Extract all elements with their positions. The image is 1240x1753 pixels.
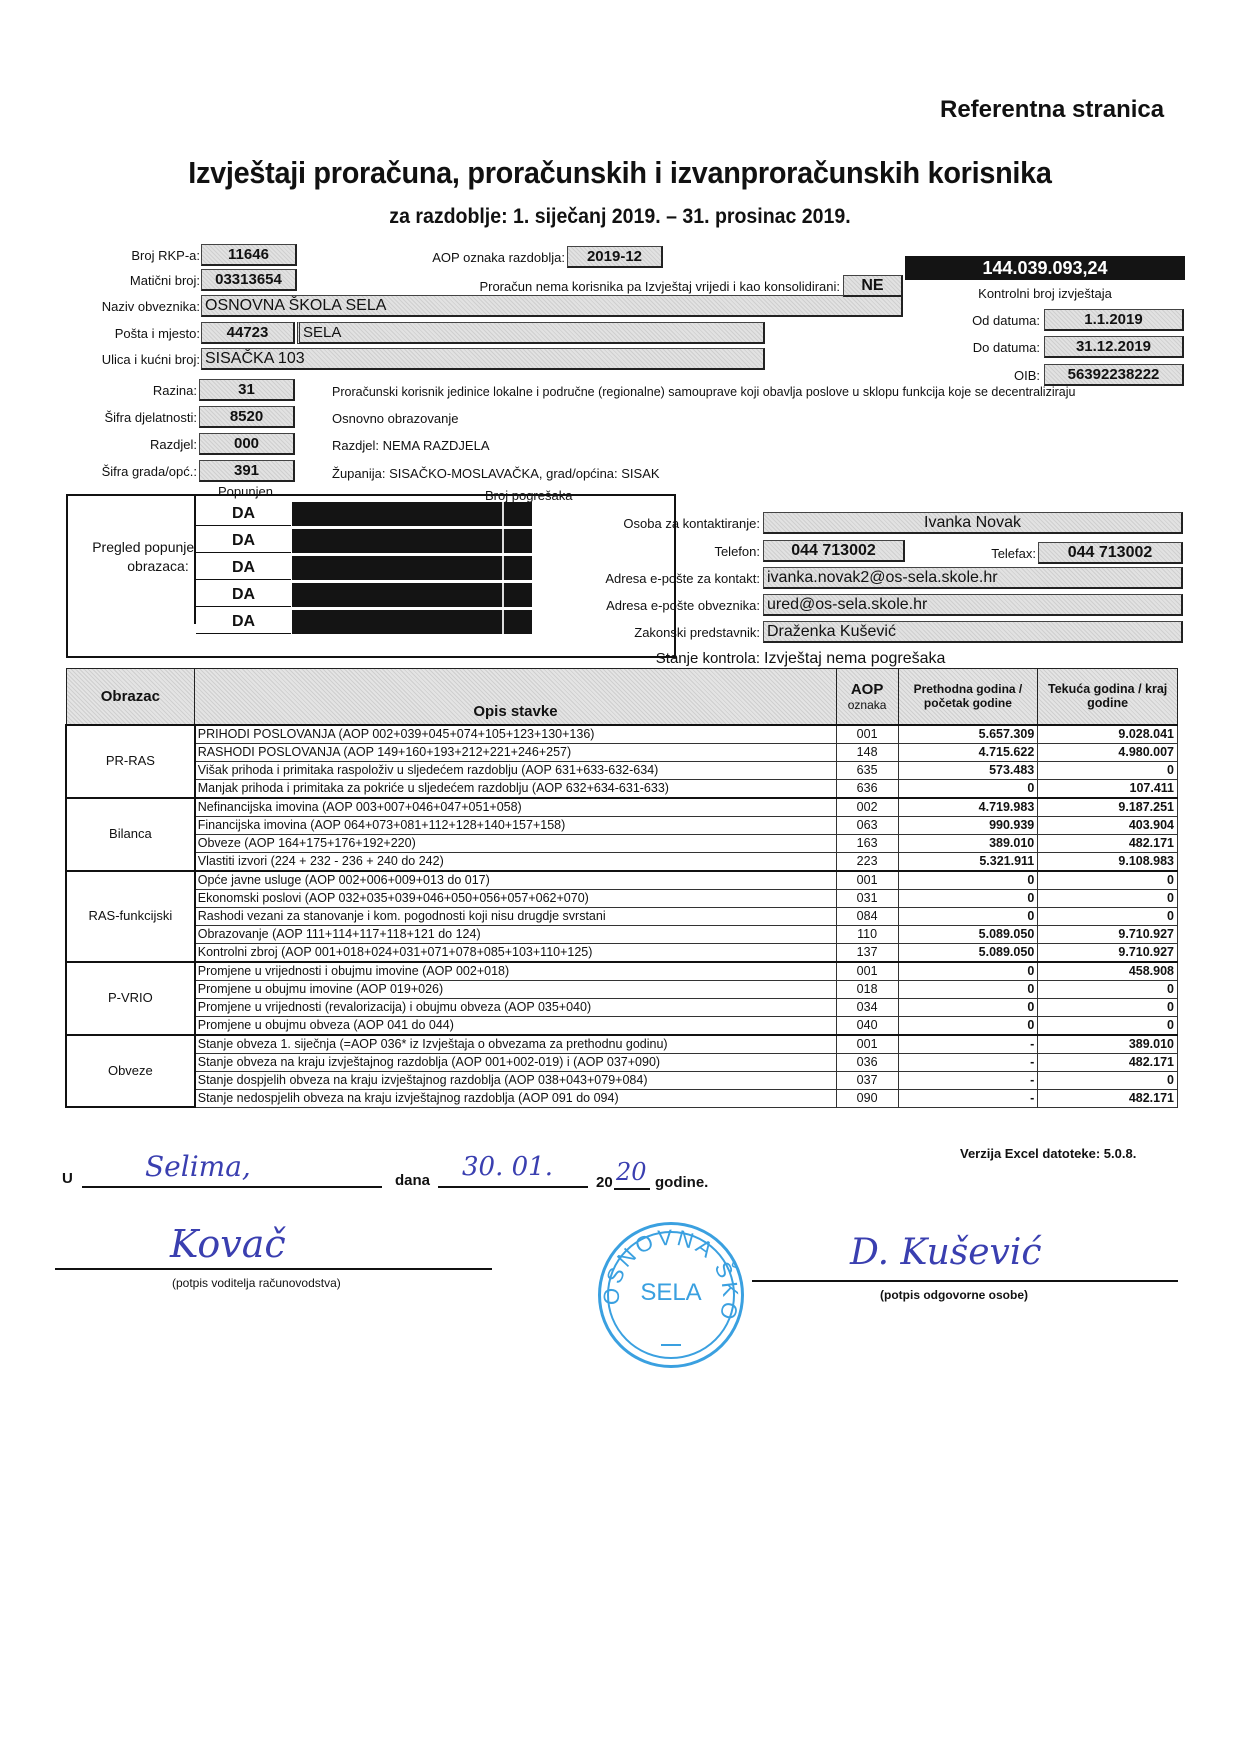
pregled-errors-redacted <box>292 556 532 580</box>
broj-rkp-field[interactable]: 11646 <box>201 244 297 266</box>
header-opis: Opis stavke <box>195 669 836 725</box>
row-prev-value: 389.010 <box>898 834 1038 852</box>
kontrolni-broj-value: 144.039.093,24 <box>905 256 1185 280</box>
u-label: U <box>62 1170 73 1187</box>
row-description: Stanje nedospjelih obveza na kraju izvje… <box>195 1089 836 1107</box>
table-row: Višak prihoda i primitaka raspoloživ u s… <box>66 761 1178 779</box>
row-description: Opće javne usluge (AOP 002+006+009+013 d… <box>195 871 836 890</box>
row-curr-value: 9.108.983 <box>1038 852 1178 871</box>
accounting-signature-caption: (potpis voditelja računovodstva) <box>172 1276 341 1290</box>
table-row: RAS-funkcijskiOpće javne usluge (AOP 002… <box>66 871 1178 890</box>
od-datuma-label: Od datuma: <box>940 313 1040 328</box>
row-aop-code: 018 <box>836 980 898 998</box>
row-prev-value: 5.089.050 <box>898 943 1038 962</box>
group-label: Obveze <box>66 1035 195 1108</box>
row-prev-value: 0 <box>898 980 1038 998</box>
row-prev-value: 5.657.309 <box>898 725 1038 744</box>
pregled-popunjen-value: DA <box>196 503 291 526</box>
header-aop-sub: oznaka <box>838 698 897 712</box>
maticni-broj-label: Matični broj: <box>60 273 200 288</box>
pregled-popunjen-value: DA <box>196 557 291 580</box>
pregled-popunjen-value: DA <box>196 584 291 607</box>
konsolidirani-field[interactable]: NE <box>843 275 903 297</box>
row-curr-value: 0 <box>1038 907 1178 925</box>
sifra-djelatnosti-description: Osnovno obrazovanje <box>332 411 458 426</box>
row-prev-value: - <box>898 1053 1038 1071</box>
row-description: Stanje obveza na kraju izvještajnog razd… <box>195 1053 836 1071</box>
osoba-field[interactable]: Ivanka Novak <box>763 512 1183 534</box>
row-aop-code: 063 <box>836 816 898 834</box>
row-curr-value: 403.904 <box>1038 816 1178 834</box>
responsible-signature: D. Kušević <box>850 1232 1042 1273</box>
place-handwritten: Selima, <box>145 1150 251 1183</box>
summary-table: Obrazac Opis stavke AOPoznaka Prethodna … <box>65 668 1178 1108</box>
header-aop-label: AOP <box>838 681 897 698</box>
row-curr-value: 0 <box>1038 889 1178 907</box>
table-row: RASHODI POSLOVANJA (AOP 149+160+193+212+… <box>66 743 1178 761</box>
oib-field[interactable]: 56392238222 <box>1044 364 1184 386</box>
table-body: PR-RASPRIHODI POSLOVANJA (AOP 002+039+04… <box>66 725 1178 1108</box>
row-prev-value: 0 <box>898 889 1038 907</box>
row-aop-code: 037 <box>836 1071 898 1089</box>
row-aop-code: 040 <box>836 1016 898 1035</box>
pregled-errors-redacted <box>292 610 532 634</box>
pregled-popunjen-value: DA <box>196 611 291 634</box>
row-description: Stanje obveza 1. siječnja (=AOP 036* iz … <box>195 1035 836 1054</box>
header-prev: Prethodna godina / početak godine <box>898 669 1038 725</box>
header-obrazac: Obrazac <box>66 669 195 725</box>
table-row: P-VRIOPromjene u vrijednosti i obujmu im… <box>66 962 1178 981</box>
header-aop: AOPoznaka <box>836 669 898 725</box>
page-title: Izvještaji proračuna, proračunskih i izv… <box>43 155 1196 191</box>
table-row: Vlastiti izvori (224 + 232 - 236 + 240 d… <box>66 852 1178 871</box>
razina-label: Razina: <box>60 383 197 398</box>
row-description: Ekonomski poslovi (AOP 032+035+039+046+0… <box>195 889 836 907</box>
group-label: P-VRIO <box>66 962 195 1035</box>
row-prev-value: 0 <box>898 1016 1038 1035</box>
table-row: Stanje nedospjelih obveza na kraju izvje… <box>66 1089 1178 1107</box>
table-row: ObvezeStanje obveza 1. siječnja (=AOP 03… <box>66 1035 1178 1054</box>
sifra-grada-description: Županija: SISAČKO-MOSLAVAČKA, grad/općin… <box>332 466 660 481</box>
pregled-errors-separator <box>502 556 504 580</box>
posta-field[interactable]: 44723 <box>201 322 295 344</box>
group-label: Bilanca <box>66 798 195 871</box>
row-prev-value: 4.715.622 <box>898 743 1038 761</box>
row-curr-value: 4.980.007 <box>1038 743 1178 761</box>
stanje-kontrola-label: Stanje kontrola: <box>560 650 760 667</box>
razdjel-field[interactable]: 000 <box>199 433 295 455</box>
row-curr-value: 482.171 <box>1038 1089 1178 1107</box>
row-curr-value: 9.187.251 <box>1038 798 1178 817</box>
ulica-field[interactable]: SISAČKA 103 <box>201 348 765 370</box>
row-description: Nefinancijska imovina (AOP 003+007+046+0… <box>195 798 836 817</box>
row-aop-code: 034 <box>836 998 898 1016</box>
razdjel-description: Razdjel: NEMA RAZDJELA <box>332 438 490 453</box>
year-prefix: 20 <box>596 1174 613 1191</box>
pregled-errors-redacted <box>292 529 532 553</box>
pregled-popunjen-value: DA <box>196 530 291 553</box>
row-aop-code: 084 <box>836 907 898 925</box>
do-datuma-label: Do datuma: <box>940 340 1040 355</box>
row-description: Kontrolni zbroj (AOP 001+018+024+031+071… <box>195 943 836 962</box>
row-prev-value: 0 <box>898 998 1038 1016</box>
row-aop-code: 090 <box>836 1089 898 1107</box>
row-curr-value: 0 <box>1038 980 1178 998</box>
table-row: Obrazovanje (AOP 111+114+117+118+121 do … <box>66 925 1178 943</box>
row-description: Promjene u obujmu imovine (AOP 019+026) <box>195 980 836 998</box>
pregled-errors-separator <box>502 583 504 607</box>
row-curr-value: 9.710.927 <box>1038 925 1178 943</box>
row-curr-value: 0 <box>1038 998 1178 1016</box>
row-curr-value: 0 <box>1038 1016 1178 1035</box>
group-label: PR-RAS <box>66 725 195 798</box>
email-obveznik-field[interactable]: ured@os-sela.skole.hr <box>763 594 1183 616</box>
table-row: Ekonomski poslovi (AOP 032+035+039+046+0… <box>66 889 1178 907</box>
aop-oznaka-label: AOP oznaka razdoblja: <box>380 250 565 265</box>
telefon-label: Telefon: <box>560 544 760 559</box>
email-obveznik-label: Adresa e-pošte obveznika: <box>560 598 760 613</box>
row-prev-value: 990.939 <box>898 816 1038 834</box>
kontrolni-broj-label: Kontrolni broj izvještaja <box>905 286 1185 301</box>
sifra-djelatnosti-label: Šifra djelatnosti: <box>60 410 197 425</box>
razina-field[interactable]: 31 <box>199 379 295 401</box>
period-subtitle: za razdoblje: 1. siječanj 2019. – 31. pr… <box>43 205 1196 229</box>
reference-page-label: Referentna stranica <box>940 96 1164 124</box>
pregled-errors-separator <box>502 502 504 526</box>
row-description: PRIHODI POSLOVANJA (AOP 002+039+045+074+… <box>195 725 836 744</box>
group-label: RAS-funkcijski <box>66 871 195 962</box>
table-row: Promjene u vrijednosti (revalorizacija) … <box>66 998 1178 1016</box>
pregled-errors-separator <box>502 610 504 634</box>
od-datuma-field[interactable]: 1.1.2019 <box>1044 309 1184 331</box>
row-curr-value: 0 <box>1038 1071 1178 1089</box>
row-prev-value: 573.483 <box>898 761 1038 779</box>
row-prev-value: - <box>898 1071 1038 1089</box>
razdjel-label: Razdjel: <box>60 437 197 452</box>
oib-label: OIB: <box>940 368 1040 383</box>
row-description: Višak prihoda i primitaka raspoloživ u s… <box>195 761 836 779</box>
date-line <box>438 1186 588 1188</box>
broj-rkp-label: Broj RKP-a: <box>60 248 200 263</box>
telefax-label: Telefax: <box>920 546 1036 561</box>
svg-text:OSNOVNA ŠKOLA: OSNOVNA ŠKOLA <box>601 1225 741 1325</box>
pregled-errors-redacted <box>292 502 532 526</box>
row-prev-value: 0 <box>898 871 1038 890</box>
row-curr-value: 458.908 <box>1038 962 1178 981</box>
ulica-label: Ulica i kućni broj: <box>60 352 200 367</box>
year-line <box>614 1188 650 1190</box>
responsible-signature-line <box>752 1280 1178 1282</box>
row-description: RASHODI POSLOVANJA (AOP 149+160+193+212+… <box>195 743 836 761</box>
zakonski-label: Zakonski predstavnik: <box>560 625 760 640</box>
do-datuma-field[interactable]: 31.12.2019 <box>1044 336 1184 358</box>
pregled-errors-separator <box>502 529 504 553</box>
row-description: Obrazovanje (AOP 111+114+117+118+121 do … <box>195 925 836 943</box>
posta-label: Pošta i mjesto: <box>60 326 200 341</box>
row-aop-code: 001 <box>836 871 898 890</box>
aop-oznaka-field[interactable]: 2019-12 <box>567 246 663 268</box>
row-curr-value: 482.171 <box>1038 1053 1178 1071</box>
row-description: Manjak prihoda i primitaka za pokriće u … <box>195 779 836 798</box>
table-row: PR-RASPRIHODI POSLOVANJA (AOP 002+039+04… <box>66 725 1178 744</box>
row-curr-value: 0 <box>1038 871 1178 890</box>
sifra-grada-label: Šifra grada/opć.: <box>60 464 197 479</box>
year-handwritten: 20 <box>616 1158 647 1186</box>
table-row: Obveze (AOP 164+175+176+192+220)163389.0… <box>66 834 1178 852</box>
row-aop-code: 223 <box>836 852 898 871</box>
row-curr-value: 9.710.927 <box>1038 943 1178 962</box>
row-curr-value: 107.411 <box>1038 779 1178 798</box>
row-prev-value: 5.321.911 <box>898 852 1038 871</box>
row-aop-code: 031 <box>836 889 898 907</box>
email-kontakt-label: Adresa e-pošte za kontakt: <box>560 571 760 586</box>
row-prev-value: 0 <box>898 907 1038 925</box>
konsolidirani-label: Proračun nema korisnika pa Izvještaj vri… <box>400 279 840 294</box>
table-row: Stanje obveza na kraju izvještajnog razd… <box>66 1053 1178 1071</box>
row-aop-code: 001 <box>836 962 898 981</box>
row-aop-code: 163 <box>836 834 898 852</box>
row-aop-code: 001 <box>836 725 898 744</box>
table-row: Rashodi vezani za stanovanje i kom. pogo… <box>66 907 1178 925</box>
naziv-field[interactable]: OSNOVNA ŠKOLA SELA <box>201 295 903 317</box>
stamp-center-text: SELA <box>601 1279 741 1307</box>
row-aop-code: 137 <box>836 943 898 962</box>
email-kontakt-field[interactable]: ivanka.novak2@os-sela.skole.hr <box>763 567 1183 589</box>
osoba-label: Osoba za kontaktiranje: <box>560 516 760 531</box>
row-curr-value: 389.010 <box>1038 1035 1178 1054</box>
accounting-signature-line <box>55 1268 492 1270</box>
telefon-field[interactable]: 044 713002 <box>763 540 905 562</box>
telefax-field[interactable]: 044 713002 <box>1038 542 1183 564</box>
row-aop-code: 636 <box>836 779 898 798</box>
table-row: Manjak prihoda i primitaka za pokriće u … <box>66 779 1178 798</box>
table-row: Promjene u obujmu obveza (AOP 041 do 044… <box>66 1016 1178 1035</box>
row-curr-value: 482.171 <box>1038 834 1178 852</box>
row-aop-code: 001 <box>836 1035 898 1054</box>
row-aop-code: 148 <box>836 743 898 761</box>
row-description: Vlastiti izvori (224 + 232 - 236 + 240 d… <box>195 852 836 871</box>
row-description: Rashodi vezani za stanovanje i kom. pogo… <box>195 907 836 925</box>
row-prev-value: 4.719.983 <box>898 798 1038 817</box>
accounting-signature: Kovač <box>170 1222 286 1266</box>
row-description: Financijska imovina (AOP 064+073+081+112… <box>195 816 836 834</box>
row-curr-value: 0 <box>1038 761 1178 779</box>
pregled-errors-redacted <box>292 583 532 607</box>
row-prev-value: - <box>898 1035 1038 1054</box>
mjesto-field[interactable]: SELA <box>297 322 765 344</box>
table-row: Promjene u obujmu imovine (AOP 019+026)0… <box>66 980 1178 998</box>
school-stamp: OSNOVNA ŠKOLA SELA <box>598 1222 744 1368</box>
row-prev-value: 0 <box>898 779 1038 798</box>
sifra-grada-field[interactable]: 391 <box>199 460 295 482</box>
row-description: Promjene u obujmu obveza (AOP 041 do 044… <box>195 1016 836 1035</box>
row-description: Promjene u vrijednosti i obujmu imovine … <box>195 962 836 981</box>
row-description: Obveze (AOP 164+175+176+192+220) <box>195 834 836 852</box>
row-prev-value: 0 <box>898 962 1038 981</box>
godine-label: godine. <box>655 1174 708 1191</box>
header-curr: Tekuća godina / kraj godine <box>1038 669 1178 725</box>
sifra-djelatnosti-field[interactable]: 8520 <box>199 406 295 428</box>
row-curr-value: 9.028.041 <box>1038 725 1178 744</box>
table-row: Financijska imovina (AOP 064+073+081+112… <box>66 816 1178 834</box>
stanje-kontrola-value: Izvještaj nema pogrešaka <box>764 650 945 668</box>
place-line <box>82 1186 382 1188</box>
table-row: Stanje dospjelih obveza na kraju izvješt… <box>66 1071 1178 1089</box>
row-aop-code: 110 <box>836 925 898 943</box>
naziv-label: Naziv obveznika: <box>60 299 200 314</box>
zakonski-field[interactable]: Draženka Kušević <box>763 621 1183 643</box>
row-aop-code: 635 <box>836 761 898 779</box>
responsible-signature-caption: (potpis odgovorne osobe) <box>880 1288 1028 1302</box>
row-aop-code: 036 <box>836 1053 898 1071</box>
date-handwritten: 30. 01. <box>462 1152 553 1182</box>
row-prev-value: - <box>898 1089 1038 1107</box>
row-description: Promjene u vrijednosti (revalorizacija) … <box>195 998 836 1016</box>
dana-label: dana <box>395 1172 430 1189</box>
excel-version: Verzija Excel datoteke: 5.0.8. <box>960 1146 1136 1161</box>
maticni-broj-field[interactable]: 03313654 <box>201 269 297 291</box>
table-row: BilancaNefinancijska imovina (AOP 003+00… <box>66 798 1178 817</box>
razina-description: Proračunski korisnik jedinice lokalne i … <box>332 385 1075 399</box>
table-row: Kontrolni zbroj (AOP 001+018+024+031+071… <box>66 943 1178 962</box>
row-prev-value: 5.089.050 <box>898 925 1038 943</box>
row-description: Stanje dospjelih obveza na kraju izvješt… <box>195 1071 836 1089</box>
row-aop-code: 002 <box>836 798 898 817</box>
